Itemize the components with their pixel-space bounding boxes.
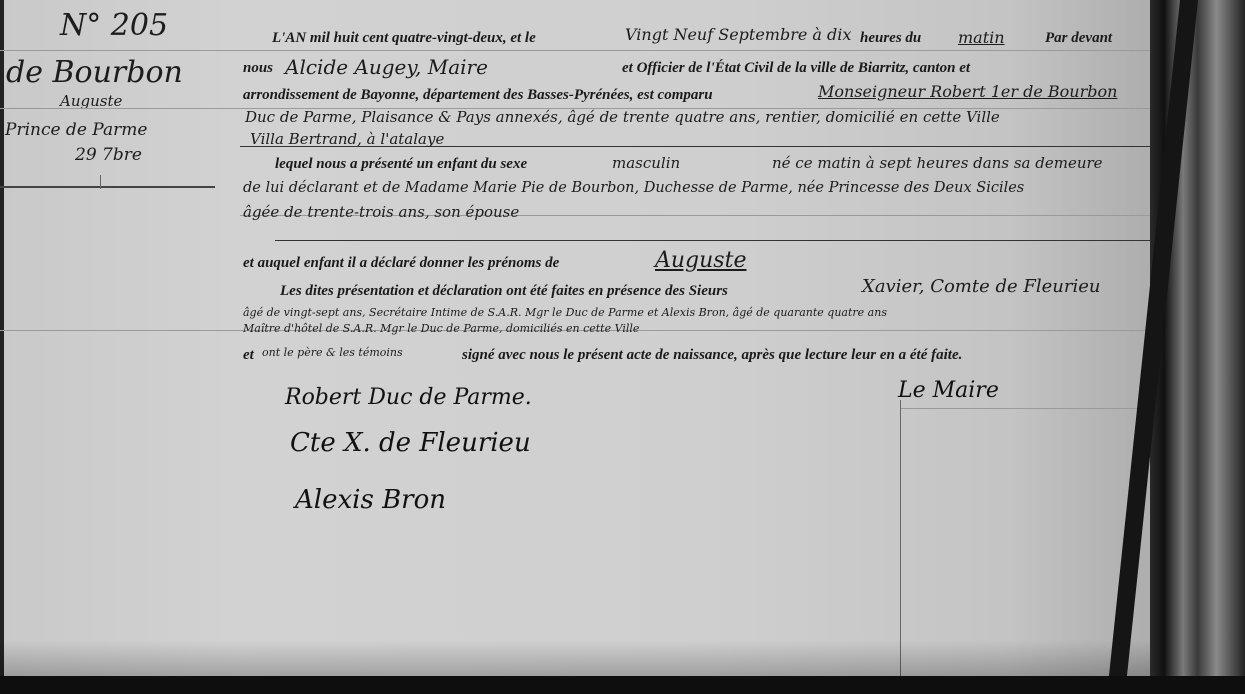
signature-mayor: Le Maire: [898, 378, 999, 403]
entry-number: N° 205: [60, 8, 168, 43]
printed-text: signé avec nous le présent acte de naiss…: [462, 347, 962, 364]
handwritten-child-name: Auguste: [655, 248, 746, 273]
printed-text: Par devant: [1045, 30, 1112, 47]
handwritten-mother: de lui déclarant et de Madame Marie Pie …: [243, 180, 1024, 196]
printed-text: nous: [243, 60, 273, 77]
register-page: N° 205 de Bourbon Auguste Prince de Parm…: [0, 0, 1185, 680]
ruled-line: [900, 408, 1150, 409]
handwritten-witness-details: âgé de vingt-sept ans, Secrétaire Intime…: [243, 306, 887, 319]
handwritten-declarant-details: Duc de Parme, Plaisance & Pays annexés, …: [245, 108, 1000, 126]
handwritten-sex: masculin: [612, 154, 680, 172]
page-left-edge: [0, 0, 4, 680]
signature-father: Robert Duc de Parme.: [285, 385, 532, 410]
margin-title: Prince de Parme: [5, 120, 147, 140]
printed-text: heures du: [860, 30, 921, 47]
handwritten-address: Villa Bertrand, à l'atalaye: [250, 130, 444, 148]
printed-text: et Officier de l'État Civil de la ville …: [622, 60, 970, 77]
handwritten-mother-age: âgée de trente-trois ans, son épouse: [243, 203, 519, 221]
printed-text: arrondissement de Bayonne, département d…: [243, 87, 713, 104]
handwritten-witness1: Xavier, Comte de Fleurieu: [862, 276, 1100, 297]
margin-separator: [0, 186, 215, 188]
ruled-line: [275, 240, 1150, 241]
printed-text: lequel nous a présenté un enfant du sexe: [275, 156, 527, 173]
handwritten-witness2-details: Maître d'hôtel de S.A.R. Mgr le Duc de P…: [243, 322, 639, 335]
printed-text: Les dites présentation et déclaration on…: [280, 283, 728, 300]
handwritten-date: Vingt Neuf Septembre à dix: [625, 25, 851, 44]
handwritten-birth-place: né ce matin à sept heures dans sa demeur…: [772, 154, 1103, 172]
book-binding: [1150, 0, 1245, 694]
signature-witness2: Alexis Bron: [295, 485, 446, 515]
printed-text: L'AN mil huit cent quatre-vingt-deux, et…: [272, 30, 536, 47]
signature-witness1: Cte X. de Fleurieu: [290, 428, 531, 458]
bottom-shadow: [0, 676, 1245, 694]
handwritten-signers: ont le père & les témoins: [262, 346, 403, 359]
margin-tick: [100, 175, 101, 189]
margin-surname: de Bourbon: [6, 55, 183, 90]
printed-text: et auquel enfant il a déclaré donner les…: [243, 255, 559, 272]
printed-text: et: [243, 347, 254, 364]
ruled-line: [0, 50, 1150, 51]
handwritten-mayor-name: Alcide Augey, Maire: [285, 55, 488, 79]
handwritten-declarant: Monseigneur Robert 1er de Bourbon: [818, 82, 1117, 101]
handwritten-time: matin: [958, 28, 1005, 47]
margin-date: 29 7bre: [75, 145, 142, 165]
mayor-signature-rule: [900, 400, 901, 680]
